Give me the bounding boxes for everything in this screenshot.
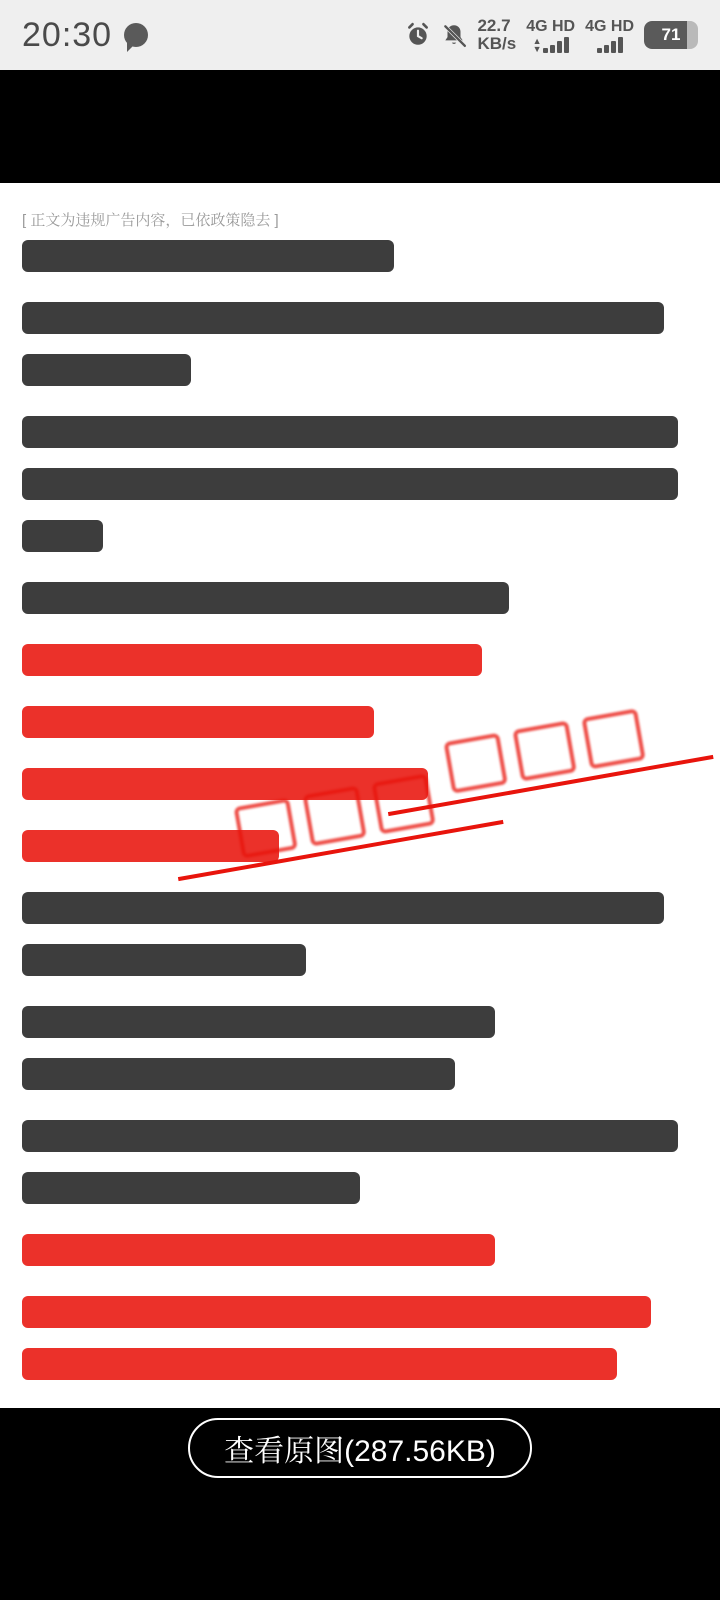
sim2-signal-indicator: 4G HD xyxy=(585,18,634,53)
redacted-text-line xyxy=(22,1120,678,1152)
sim1-signal-bars-icon xyxy=(543,37,569,53)
viewer-bottom-bar: 查看原图(287.56KB) xyxy=(0,1408,720,1600)
network-speed-unit: KB/s xyxy=(477,35,516,53)
redacted-text-line xyxy=(22,354,191,386)
battery-indicator: 71 xyxy=(644,21,698,49)
status-bar: 20:30 22.7 KB/s 4G HD ▲▼ xyxy=(0,0,720,70)
battery-percent: 71 xyxy=(644,21,698,49)
redacted-text-line xyxy=(22,830,279,862)
message-notification-icon xyxy=(124,23,148,47)
redacted-text-line xyxy=(22,302,664,334)
redacted-text-line xyxy=(22,644,482,676)
redacted-text-line xyxy=(22,520,103,552)
redacted-paragraph xyxy=(22,1296,698,1380)
redacted-text-paragraphs xyxy=(22,240,698,1380)
sim2-signal-bars-icon xyxy=(597,37,623,53)
redacted-text-line xyxy=(22,1172,360,1204)
redacted-paragraph xyxy=(22,1006,698,1090)
redacted-paragraph xyxy=(22,240,698,272)
redaction-notice: [ 正文为违规广告内容，已依政策隐去 ] xyxy=(22,209,698,230)
sim2-network-type-label: 4G HD xyxy=(585,18,634,35)
redacted-text-line xyxy=(22,1348,617,1380)
redacted-text-line xyxy=(22,944,306,976)
redacted-text-line xyxy=(22,1296,651,1328)
redacted-text-line xyxy=(22,892,664,924)
redacted-paragraph xyxy=(22,302,698,386)
redacted-paragraph xyxy=(22,582,698,614)
redacted-text-line xyxy=(22,768,428,800)
viewed-image-document[interactable]: [ 正文为违规广告内容，已依政策隐去 ] xyxy=(0,183,720,1408)
redacted-text-line xyxy=(22,468,678,500)
redacted-text-line xyxy=(22,706,374,738)
redacted-text-line xyxy=(22,1058,455,1090)
alarm-icon xyxy=(405,22,431,48)
redacted-paragraph xyxy=(22,644,698,676)
redacted-text-line xyxy=(22,1006,495,1038)
redacted-text-line xyxy=(22,240,394,272)
redacted-text-line xyxy=(22,1234,495,1266)
notifications-muted-icon xyxy=(441,22,467,48)
sim1-signal-indicator: 4G HD ▲▼ xyxy=(526,18,575,53)
sim1-network-type-label: 4G HD xyxy=(526,18,575,35)
redacted-paragraph xyxy=(22,416,698,552)
view-original-image-button[interactable]: 查看原图(287.56KB) xyxy=(188,1418,532,1478)
redacted-paragraph xyxy=(22,768,698,800)
image-viewer-background xyxy=(0,70,720,183)
redacted-paragraph xyxy=(22,1120,698,1204)
redacted-paragraph xyxy=(22,1234,698,1266)
network-speed-indicator: 22.7 KB/s xyxy=(477,17,516,53)
redacted-paragraph xyxy=(22,892,698,976)
data-activity-arrows-icon: ▲▼ xyxy=(533,37,542,53)
redacted-paragraph xyxy=(22,830,698,862)
clock: 20:30 xyxy=(22,16,112,55)
redacted-paragraph xyxy=(22,706,698,738)
redacted-text-line xyxy=(22,416,678,448)
redacted-text-line xyxy=(22,582,509,614)
network-speed-value: 22.7 xyxy=(477,17,510,35)
